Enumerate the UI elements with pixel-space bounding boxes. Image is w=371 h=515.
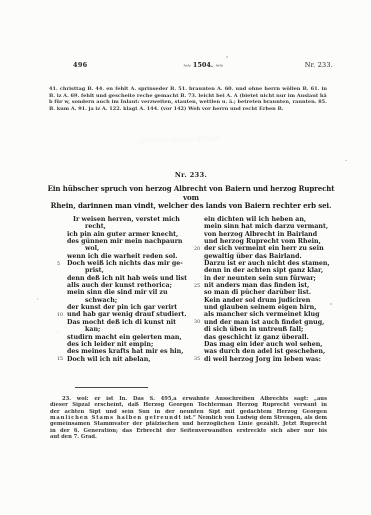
verse-line-text: so man di pücher darüber list. xyxy=(204,289,311,296)
verse-line: 10und hab gar wenig drauf studiert. xyxy=(57,311,187,318)
verse-line: recht, xyxy=(57,223,187,230)
footnote-line: dieser Sipzal erscheint, daß Herzog Geor… xyxy=(50,402,327,408)
verse-line: prist, xyxy=(57,267,187,274)
verse-line-number: 35 xyxy=(194,356,200,363)
verse-line: Das mag ein ider auch wol sehen, xyxy=(194,341,327,348)
verse-line-text: von herzog Albrecht in Bairland xyxy=(204,231,317,238)
verse-line-text: und der man ist auch findet gnug, xyxy=(204,319,324,326)
title-line: Ein hübscher spruch von herzog Albrecht … xyxy=(42,185,340,202)
verse-line-text: das geschicht iz ganz überall. xyxy=(204,334,309,341)
verse-line: wenn ich die warheit reden sol. xyxy=(57,253,187,260)
verse-line-text: was durch den adel ist geschehen, xyxy=(204,348,325,355)
scan-speck xyxy=(330,303,332,305)
verse-line: in der neunten sein sun fürwar; xyxy=(194,275,327,282)
verse-line-text: nit anders man das finden ist, xyxy=(204,282,309,289)
verse-line: Ir weisen herren, verstet mich xyxy=(57,216,187,223)
verse-line-text: des ich leider nit empin; xyxy=(67,341,153,348)
verse-line: des meines krafts hat mir es hin, xyxy=(57,348,187,355)
verse-line: Kein ander sol drum judiciren xyxy=(194,297,327,304)
verse-line: so man di pücher darüber list. xyxy=(194,289,327,296)
verse-line: 15Doch wil ich nit abelan, xyxy=(57,356,187,363)
verse-line: und herzog Ruprecht vom Rhein, xyxy=(194,238,327,245)
verse-line: das geschicht iz ganz überall. xyxy=(194,334,327,341)
verse-line-text: mein sinn die sind mir vil zu xyxy=(67,289,168,296)
ink-bleedthrough-smudge: ⁙⁛⁘⁙⁛ ⁘⁙⁛⁘ ⁙⁛⁘⁙ xyxy=(140,134,229,161)
document-number-heading: Nr. 233. xyxy=(47,171,335,179)
verse-line-text: wenn ich die warheit reden sol. xyxy=(67,253,178,260)
verse-line-text: recht, xyxy=(85,223,106,230)
verse-line: 35di weil herzog Jorg im leben was: xyxy=(194,356,327,363)
verse-line-text: in der neunten sein sun fürwar; xyxy=(204,275,316,282)
scan-speck xyxy=(37,298,38,300)
verse-line-text: mein sinn hat mich darzu vermant, xyxy=(204,223,328,230)
verse-line: 25nit anders man das finden ist, xyxy=(194,282,327,289)
verse-line: schwach; xyxy=(57,297,187,304)
verse-line-text: Das mag ein ider auch wol sehen, xyxy=(204,341,322,348)
verse-line: und glauben seinem eigen hirn, xyxy=(194,304,327,311)
verse-line: studirn macht ein gelerten man, xyxy=(57,334,187,341)
verse-line: denn deß ich nit hab weis und list xyxy=(57,275,187,282)
ornament-left: ≈≈ xyxy=(183,63,190,69)
verse-line: di sich üben in untreuß fall; xyxy=(194,326,327,333)
verse-column-left: Ir weisen herren, verstet michrecht,ich … xyxy=(57,216,187,363)
verse-column-right: ein dichten wil ich heben an,mein sinn h… xyxy=(194,216,327,363)
verse-line: 30und der man ist auch findet gnug, xyxy=(194,319,327,326)
verse-line: 20der sich vermeint ein herr zu sein xyxy=(194,245,327,252)
verse-line-text: studirn macht ein gelerten man, xyxy=(67,334,182,341)
scan-speck xyxy=(226,56,228,58)
verse-line-text: Ir weisen herren, verstet mich xyxy=(73,216,180,223)
verse-line: des günnen mir mein nachpaurn xyxy=(57,238,187,245)
verse-line: was durch den adel ist geschehen, xyxy=(194,348,327,355)
title-line: Rhein, darinnen man vindt, welcher des l… xyxy=(42,202,340,211)
verse-line-text: alls auch der kunst rethorica; xyxy=(67,282,172,289)
verse-line: alls auch der kunst rethorica; xyxy=(57,282,187,289)
critical-apparatus: 41. christtag B. 44. en fehlt A. sprinse… xyxy=(49,86,327,112)
verse-line-text: und hab gar wenig drauf studiert. xyxy=(67,311,187,318)
verse-line: als mancher sich vermeinet klug xyxy=(194,311,327,318)
verse-line-text: des meines krafts hat mir es hin, xyxy=(67,348,183,355)
verse-line-text: Kein ander sol drum judiciren xyxy=(204,297,310,304)
verse-line-text: und glauben seinem eigen hirn, xyxy=(204,304,316,311)
verse-line-text: wol, xyxy=(85,245,99,252)
verse-line: der kunst der pin ich gar verirt xyxy=(57,304,187,311)
verse-line: denn in der achten sipt ganz klar, xyxy=(194,267,327,274)
footnote: 23. wol: er ist In. Das S. 495,a erwähnt… xyxy=(50,396,327,440)
footnote-separator-rule xyxy=(75,387,148,388)
verse-line: mein sinn hat mich darzu vermant, xyxy=(194,223,327,230)
verse-line-text: di weil herzog Jorg im leben was: xyxy=(204,356,321,363)
verse-line-text: di sich üben in untreuß fall; xyxy=(204,326,303,333)
running-header: 496 ≈≈ 1504. ≈≈ Nr. 233. xyxy=(73,60,333,70)
verse-line: 5Doch weiß ich nichts das mir ge- xyxy=(57,260,187,267)
scanned-book-page: 496 ≈≈ 1504. ≈≈ Nr. 233. 41. christtag B… xyxy=(0,0,371,515)
footnote-line: gemeinsamen Stammvater der pfälzischen u… xyxy=(50,421,327,427)
verse-line-text: denn in der achten sipt ganz klar, xyxy=(204,267,323,274)
verse-line-text: Doch wil ich nit abelan, xyxy=(67,356,150,363)
verse-line: ein dichten wil ich heben an, xyxy=(194,216,327,223)
verse-line-text: der sich vermeint ein herr zu sein xyxy=(204,245,324,252)
verse-line: Darzu ist er auch nicht des stamen, xyxy=(194,260,327,267)
verse-line-text: ich pin ain guter armer knecht, xyxy=(67,231,178,238)
apparatus-line: 41. christtag B. 44. en fehlt A. sprinse… xyxy=(49,86,327,93)
running-header-doc-number: Nr. 233. xyxy=(305,60,333,70)
verse-line-text: kan; xyxy=(85,326,100,333)
verse-line: kan; xyxy=(57,326,187,333)
verse-line-text: ein dichten wil ich heben an, xyxy=(204,216,306,223)
verse-line-text: prist, xyxy=(85,267,104,274)
verse-line: wol, xyxy=(57,245,187,252)
verse-line: gewaltig über das Bairland. xyxy=(194,253,327,260)
year-label: 1504. xyxy=(193,61,213,69)
verse-line-text: Das mocht deß ich di kunst nit xyxy=(67,319,176,326)
running-header-year: ≈≈ 1504. ≈≈ xyxy=(73,60,333,71)
verse-line-text: Doch weiß ich nichts das mir ge- xyxy=(67,260,183,267)
footnote-line: auf den 7. Grad. xyxy=(50,434,327,440)
letterspaced-text: manlichen Stams halben gefreundt xyxy=(50,415,182,421)
apparatus-line: B. kum A. 91. ja iz A. 122. klagt A. 144… xyxy=(49,106,327,113)
verse-line: Das mocht deß ich di kunst nit xyxy=(57,319,187,326)
document-title: Ein hübscher spruch von herzog Albrecht … xyxy=(42,185,340,211)
verse-line-text: schwach; xyxy=(85,297,117,304)
verse-line: von herzog Albrecht in Bairland xyxy=(194,231,327,238)
scan-speck xyxy=(345,160,347,161)
apparatus-line: b für w, sondern auch im Inlaut: verzwei… xyxy=(49,99,327,106)
verse-line-number: 15 xyxy=(57,356,63,363)
verse-line-text: gewaltig über das Bairland. xyxy=(204,253,302,260)
verse-text-block: Ir weisen herren, verstet michrecht,ich … xyxy=(57,216,327,363)
verse-line-text: und herzog Ruprecht vom Rhein, xyxy=(204,238,321,245)
verse-line-text: denn deß ich nit hab weis und list xyxy=(67,275,187,282)
verse-line: des ich leider nit empin; xyxy=(57,341,187,348)
verse-line-text: als mancher sich vermeinet klug xyxy=(204,311,319,318)
verse-line: ich pin ain guter armer knecht, xyxy=(57,231,187,238)
ornament-right: ≈≈ xyxy=(215,63,222,69)
verse-line-text: der kunst der pin ich gar verirt xyxy=(67,304,177,311)
verse-line: mein sinn die sind mir vil zu xyxy=(57,289,187,296)
verse-line-text: des günnen mir mein nachpaurn xyxy=(67,238,182,245)
verse-line-text: Darzu ist er auch nicht des stamen, xyxy=(204,260,330,267)
